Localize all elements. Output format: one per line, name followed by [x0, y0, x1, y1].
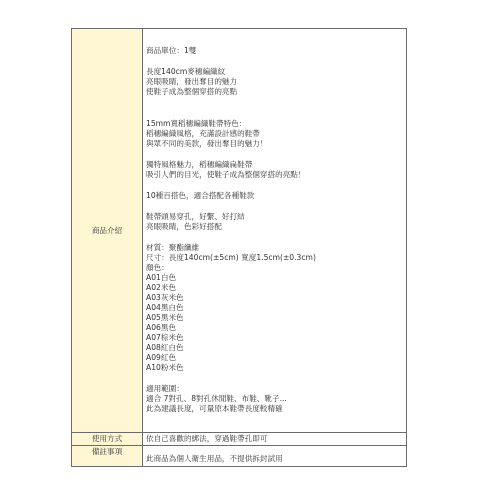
- text-line: 使鞋子成為整個穿搭的亮點: [146, 87, 406, 97]
- intro-row: 商品介紹 商品單位：1雙 長度140cm麥穗編織紋 亮眼吸睛，發出奪目的魅力 使…: [72, 29, 407, 433]
- text-line: 適合 7對孔、8對孔休閒鞋、布鞋、靴子...: [146, 394, 406, 404]
- notes-row: 備註事項 此商品為個人衛生用品，不提供拆封試用: [72, 446, 407, 467]
- color-option: A04黑白色: [146, 303, 406, 313]
- text-line: 10種百搭色，適合搭配各種鞋款: [146, 191, 406, 201]
- applicable-paragraph: 適用範圍： 適合 7對孔、8對孔休閒鞋、布鞋、靴子... 此為建議長度，可量原本…: [146, 384, 406, 414]
- color-heading: 顏色：: [146, 263, 406, 273]
- intro-label: 商品介紹: [72, 29, 143, 433]
- size-line: 尺寸：長度140cm(±5cm) 寬度1.5cm(±0.3cm): [146, 253, 406, 263]
- intro-content: 商品單位：1雙 長度140cm麥穗編織紋 亮眼吸睛，發出奪目的魅力 使鞋子成為整…: [143, 29, 407, 433]
- usage-label: 使用方式: [72, 433, 143, 446]
- text-line: 適用範圍：: [146, 384, 406, 394]
- text-line: 亮眼吸睛，色彩好搭配: [146, 222, 406, 232]
- spec-paragraph: 材質：聚酯纖維 尺寸：長度140cm(±5cm) 寬度1.5cm(±0.3cm)…: [146, 243, 406, 373]
- color-option: A05黑米色: [146, 313, 406, 323]
- notes-label: 備註事項: [72, 446, 143, 467]
- color-option: A03灰米色: [146, 293, 406, 303]
- text-line: 吸引人們的目光，使鞋子成為整個穿搭的亮點！: [146, 170, 406, 180]
- color-option: A01白色: [146, 273, 406, 283]
- style-paragraph: 獨特風格魅力，稻穗編織扁鞋帶 吸引人們的目光，使鞋子成為整個穿搭的亮點！: [146, 160, 406, 180]
- color-option: A06黑色: [146, 323, 406, 333]
- text-line: 鞋帶頭易穿孔，好繫、好打結: [146, 212, 406, 222]
- colors-summary-paragraph: 10種百搭色，適合搭配各種鞋款: [146, 191, 406, 201]
- tip-paragraph: 鞋帶頭易穿孔，好繫、好打結 亮眼吸睛，色彩好搭配: [146, 212, 406, 232]
- usage-row: 使用方式 依自己喜歡的綁法，穿過鞋帶孔即可: [72, 433, 407, 446]
- color-option: A10粉米色: [146, 363, 406, 373]
- text-line: 獨特風格魅力，稻穗編織扁鞋帶: [146, 160, 406, 170]
- usage-value: 依自己喜歡的綁法，穿過鞋帶孔即可: [143, 433, 407, 446]
- text-line: 此為建議長度，可量原本鞋帶長度較精確: [146, 404, 406, 414]
- unit-line: 商品單位：1雙: [146, 46, 406, 56]
- unit-paragraph: 商品單位：1雙: [146, 46, 406, 56]
- text-line: 15mm寬稻穗編織鞋帶特色：: [146, 119, 406, 129]
- features-paragraph: 15mm寬稻穗編織鞋帶特色： 稻穗編織風格，充滿設計感的鞋帶 與眾不同的美款，發…: [146, 119, 406, 149]
- color-option: A09紅色: [146, 353, 406, 363]
- text-line: 亮眼吸睛，發出奪目的魅力: [146, 77, 406, 87]
- color-option: A08紅白色: [146, 343, 406, 353]
- color-option: A02米色: [146, 283, 406, 293]
- notes-value: 此商品為個人衛生用品，不提供拆封試用: [143, 446, 407, 467]
- text-line: 與眾不同的美款，發出奪目的魅力！: [146, 139, 406, 149]
- text-line: 稻穗編織風格，充滿設計感的鞋帶: [146, 129, 406, 139]
- text-line: 長度140cm麥穗編織紋: [146, 67, 406, 77]
- color-option: A07棕米色: [146, 333, 406, 343]
- material-line: 材質：聚酯纖維: [146, 243, 406, 253]
- length-paragraph: 長度140cm麥穗編織紋 亮眼吸睛，發出奪目的魅力 使鞋子成為整個穿搭的亮點: [146, 67, 406, 97]
- product-spec-table: 商品介紹 商品單位：1雙 長度140cm麥穗編織紋 亮眼吸睛，發出奪目的魅力 使…: [71, 28, 407, 467]
